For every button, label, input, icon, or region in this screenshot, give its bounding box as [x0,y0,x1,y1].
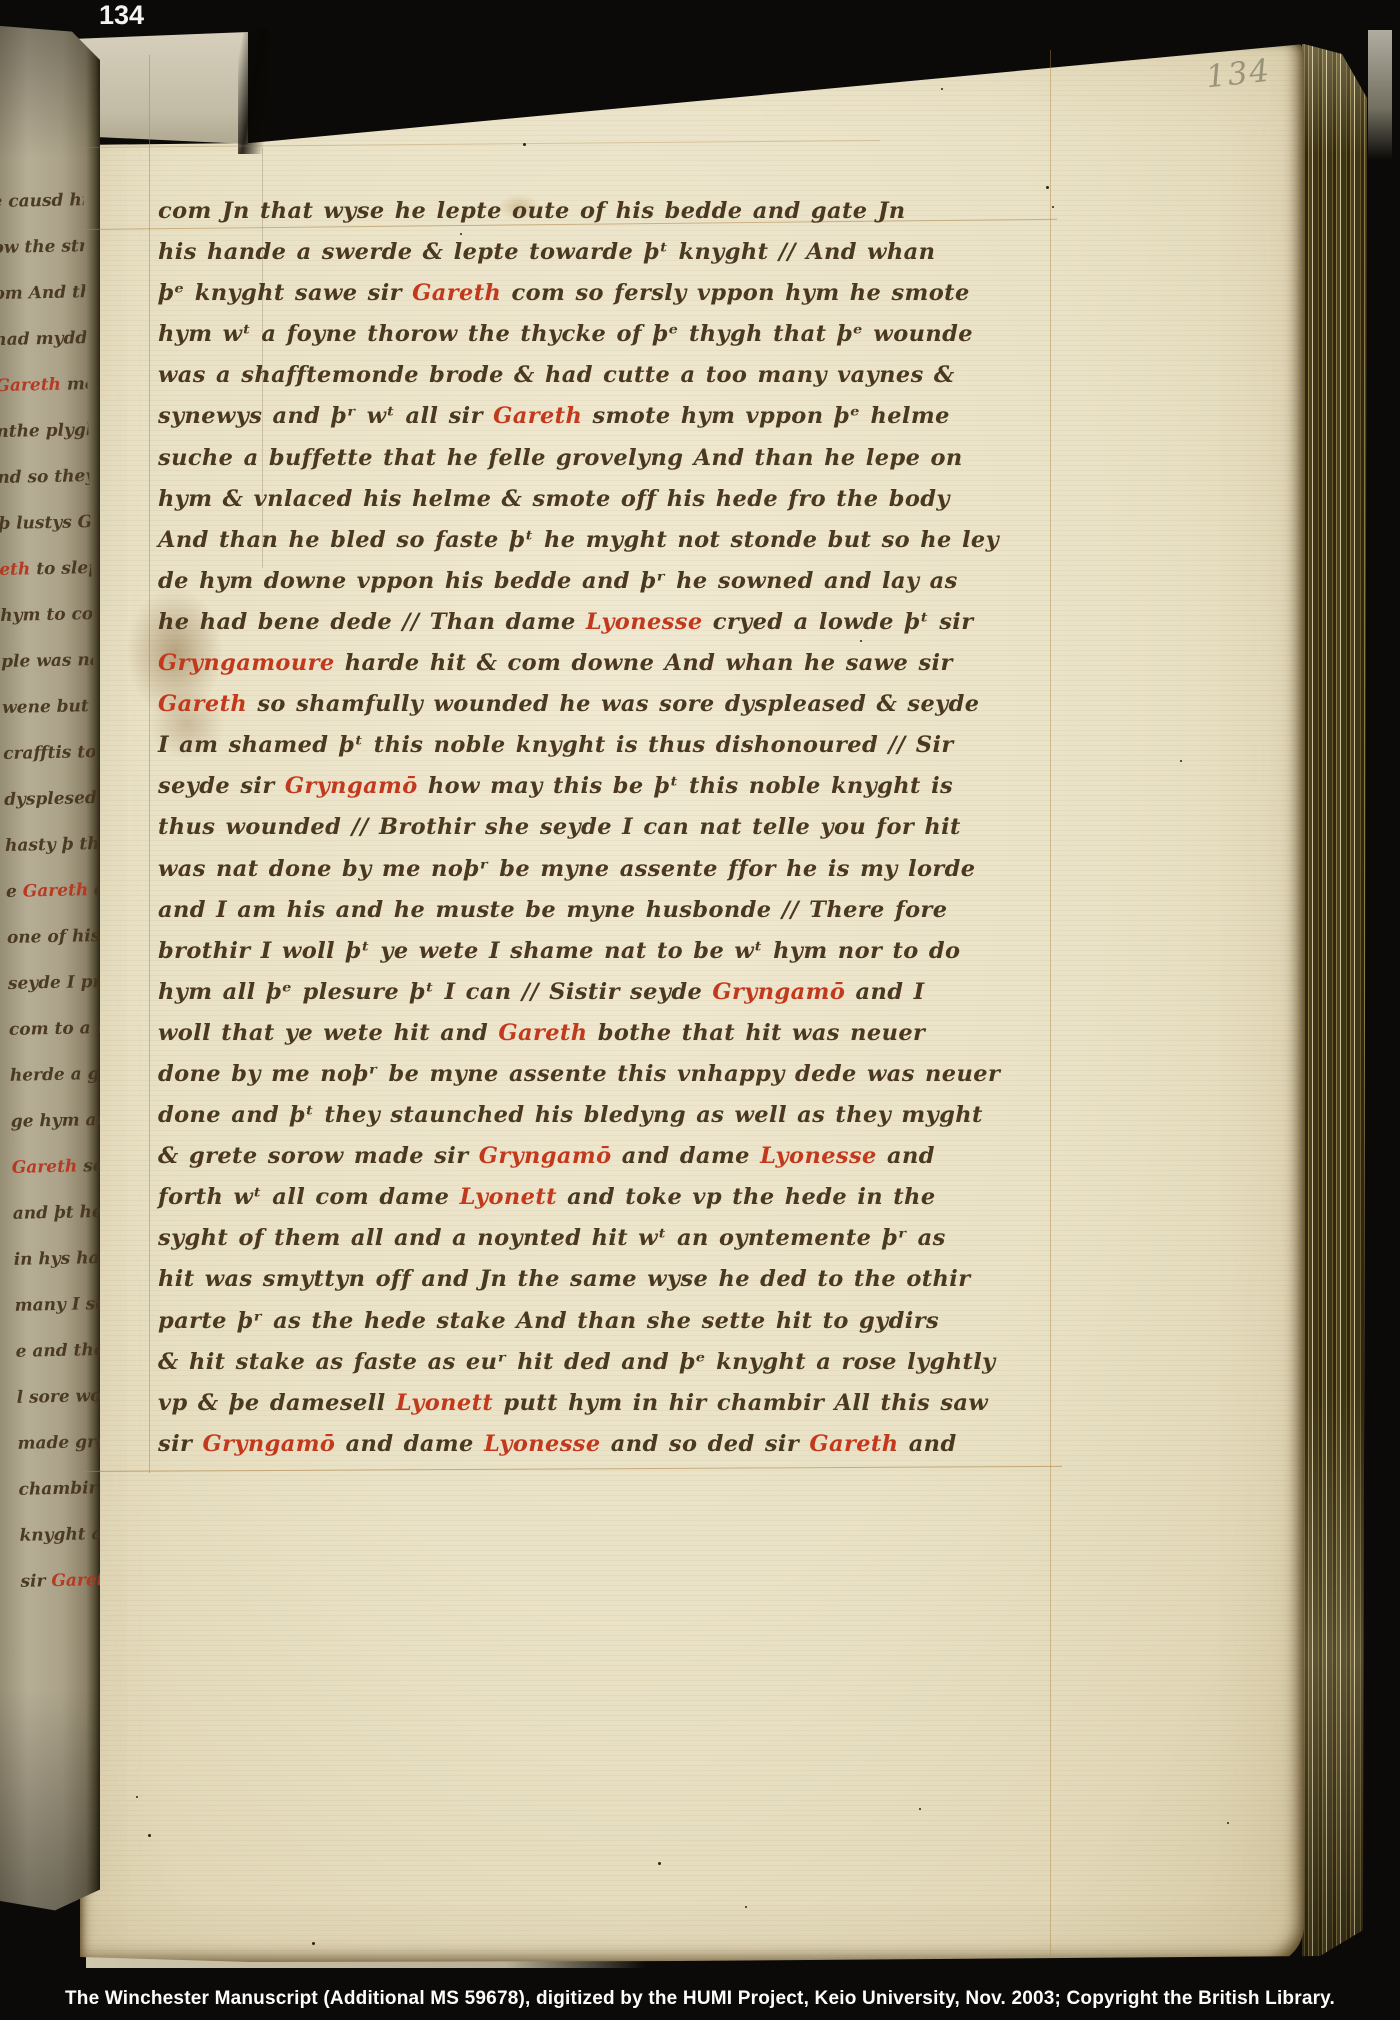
manuscript-line: forth wᵗ all com dame Lyonett and toke v… [158,1177,878,1218]
facing-page-line: Gareth seyde dam [11,1143,104,1191]
ink-text: And than he bled so faste þᵗ he myght no… [158,527,999,553]
ink-text: done and þᵗ they staunched his bledyng a… [158,1102,983,1128]
ink-text: e causd hir broþ to [0,188,84,212]
rubricated-name: Gareth [158,691,247,717]
facing-page-line: crafftis to form h [3,729,96,777]
ink-text: I am shamed þᵗ this noble knyght is thus… [158,732,954,758]
ink-text: com to a grete no [9,1016,102,1040]
ink-text: hym wᵗ a foyne thorow the thycke of þᵉ t… [158,321,973,347]
rubricated-name: Gryngamō [479,1143,612,1169]
manuscript-line: thus wounded ∕∕ Brothir she seyde I can … [158,807,878,848]
ink-text: one of his howse [7,925,100,948]
ink-text: dysplesed & the th [4,786,97,810]
facing-page-line: ow the strayne wh [0,223,85,271]
rubricated-name: Lyonesse [586,609,703,635]
manuscript-line: he had bene dede ∕∕ Than dame Lyonesse c… [158,602,878,643]
ink-text: e and the knyght [15,1338,108,1361]
facing-page-line: þ lustys Garethe [0,499,91,547]
rubricated-name: Gryngamoure [158,650,335,676]
ink-text: and I [845,979,924,1005]
manuscript-line: his hande a swerde & lepte towarde þᵗ kn… [158,232,878,273]
facing-page-line: eth to slepe in wo [0,545,92,593]
ink-text: forth wᵗ all com dame [158,1184,460,1210]
foxing-speck [941,88,943,90]
facing-page-line: herde a grete noy [9,1051,102,1099]
rubricated-name: Gareth [412,280,501,306]
facing-page-line: knyght and seyd [19,1511,112,1559]
facing-page-line: ge hym and wᵗ hy [10,1097,103,1145]
manuscript-line: þᵉ knyght sawe sir Gareth com so fersly … [158,273,878,314]
manuscript-line: Gareth so shamfully wounded he was sore … [158,684,878,725]
manuscript-line: syght of them all and a noynted hit wᵗ a… [158,1218,878,1259]
ink-text: done by me noþʳ be myne assente this vnh… [158,1061,1000,1087]
ink-text: and [898,1431,956,1457]
ink-text: l sore wounded S [16,1384,109,1407]
facing-page-line: ple was nat so pry [1,637,94,685]
facing-page-line: hym to com to his [0,591,93,639]
caption-bar: The Winchester Manuscript (Additional MS… [0,1980,1400,2020]
ink-text: smote hym vppon þᵉ helme [582,403,950,429]
facing-page-line: chambir and the [18,1465,111,1513]
ink-text: many I seyde he [14,1293,107,1316]
facing-page-text: e causd hir broþ toow the strayne whom A… [0,177,113,1605]
ink-text: sir [20,1571,51,1592]
ink-text: brothir I woll þᵗ ye wete I shame nat to… [158,938,960,964]
ink-text: hit was smyttyn off and Jn the same wyse… [158,1266,971,1292]
ruling-line-left-margin [149,55,150,1473]
facing-page-edge: e causd hir broþ toow the strayne whom A… [0,26,100,1916]
ink-text: woll that ye wete hit and [158,1020,498,1046]
facing-page-corner [78,32,248,144]
ink-text: knyght and seyd [19,1523,112,1546]
ink-text: he had bene dede ∕∕ Than dame [158,609,586,635]
ink-text: herde a grete noy [10,1062,103,1086]
foxing-speck [1180,760,1182,762]
ink-text: om And than she h [0,280,86,304]
facing-page-line: made grete sorow [17,1419,110,1467]
ink-text: hym to com to his [0,602,93,626]
ink-text: hym & vnlaced his helme & smote off his … [158,486,950,512]
rubricated-name: Gryngamō [712,979,845,1005]
foxing-speck [523,143,526,146]
ink-text: and toke vp the hede in the [557,1184,936,1210]
manuscript-line: hym wᵗ a foyne thorow the thycke of þᵉ t… [158,314,878,355]
manuscript-line: was a shafftemonde brode & had cutte a t… [158,355,878,396]
rubricated-name: Lyonett [396,1390,493,1416]
ink-text: com Jn that wyse he lepte oute of his be… [158,198,906,224]
rubricated-name: Lyonett [460,1184,557,1210]
ink-text: was nat done by me noþʳ be myne assente … [158,856,975,882]
ink-text: seyde sir [158,773,285,799]
manuscript-line: And than he bled so faste þᵗ he myght no… [158,520,878,561]
ink-text: sir [158,1431,203,1457]
ink-text: crafftis to form h [3,741,96,764]
manuscript-line: and I am his and he muste be myne husbon… [158,890,878,931]
manuscript-line: de hym downe vppon his bedde and þʳ he s… [158,561,878,602]
manuscript-line: & hit stake as faste as euʳ hit ded and … [158,1342,878,1383]
ink-text: nthe plyght of wh [0,419,89,442]
ink-text: cryed a lowde þᵗ sir [703,609,974,635]
caption-text: The Winchester Manuscript (Additional MS… [65,1988,1335,2009]
facing-page-line: had myddyn wᵗ hym [0,315,87,363]
manuscript-line: done by me noþʳ be myne assente this vnh… [158,1054,878,1095]
facing-page-line: e causd hir broþ to [0,177,84,225]
facing-page-line: sir Gareth and h [20,1557,113,1605]
rubricated-name: Gryngamō [285,773,418,799]
facing-page-line: and þt he was war [12,1189,105,1237]
facing-page-line: many I seyde he [14,1281,107,1329]
ink-text: how may this be þᵗ this noble knyght is [418,773,953,799]
ink-text: e [6,882,23,902]
ink-text: and dame [335,1431,484,1457]
ruling-line-right-margin [1050,50,1051,1955]
ink-text: ge hym and wᵗ hy [11,1108,104,1131]
ink-text: syght of them all and a noynted hit wᵗ a… [158,1225,946,1251]
manuscript-line: brothir I woll þᵗ ye wete I shame nat to… [158,931,878,972]
facing-page-line: e and the knyght [15,1327,108,1375]
manuscript-line: com Jn that wyse he lepte oute of his be… [158,191,878,232]
manuscript-line: seyde sir Gryngamō how may this be þᵗ th… [158,766,878,807]
rubricated-name: Gareth [493,403,582,429]
folio-number-pencil: 134 [1204,53,1273,96]
facing-page-line: om And than she h [0,269,86,317]
manuscript-line: I am shamed þᵗ this noble knyght is thus… [158,725,878,766]
ink-text: so shamfully wounded he was sore dysplea… [247,691,979,717]
manuscript-line: vp & þe damesell Lyonett putt hym in hir… [158,1383,878,1424]
foxing-speck [745,1906,747,1908]
manuscript-line: parte þʳ as the hede stake And than she … [158,1301,878,1342]
ink-text: more tha [61,373,88,395]
ink-text: & grete sorow made sir [158,1143,479,1169]
manuscript-line: was nat done by me noþʳ be myne assente … [158,849,878,890]
ink-text: vp & þe damesell [158,1390,396,1416]
foxing-speck [136,1796,138,1798]
ink-text: wene but yonge l [2,695,95,718]
manuscript-line: hym all þᵉ plesure þᵗ I can ∕∕ Sistir se… [158,972,878,1013]
book-fore-edge [1302,40,1368,1965]
manuscript-line: synewys and þʳ wᵗ all sir Gareth smote h… [158,396,878,437]
ink-text: to slepe in wo [30,557,92,580]
ink-text: nd so they brake bo [0,464,90,488]
gutter-shadow [238,28,268,154]
ink-text: ow the strayne wh [0,235,85,259]
ink-text: in hys hande and [14,1246,107,1269]
facing-page-line: wene but yonge l [2,683,95,731]
ink-text: seyde I pray you t [8,970,101,994]
rubricated-name: Gareth [809,1431,898,1457]
ink-text: hasty þ the myght [5,832,98,856]
ink-text: harde hit & com downe And whan he sawe s… [335,650,953,676]
manuscript-text-block: com Jn that wyse he lepte oute of his be… [158,191,878,1465]
facing-page-line: Gareth more tha [0,361,88,409]
ink-text: & hit stake as faste as euʳ hit ded and … [158,1349,996,1375]
foxing-speck [148,1834,151,1837]
ink-text: his hande a swerde & lepte towarde þᵗ kn… [158,239,935,265]
rubricated-name: Gareth [0,375,61,396]
facing-page-line: com to a grete no [8,1005,101,1053]
manuscript-line: hym & vnlaced his helme & smote off his … [158,479,878,520]
facing-page-line: in hys hande and [13,1235,106,1283]
ink-text: thus wounded ∕∕ Brothir she seyde I can … [158,814,961,840]
rubricated-name: Gryngamō [203,1431,336,1457]
ink-text: þ lustys Garethe [0,511,91,534]
ink-text: ple was nat so pry [1,648,94,672]
ink-text: and so ded sir [601,1431,810,1457]
ink-text: parte þʳ as the hede stake And than she … [158,1308,939,1334]
foxing-speck [1227,1822,1229,1824]
ink-text: þᵉ knyght sawe sir [158,280,412,306]
ink-text: made grete sorow [17,1430,110,1454]
facing-page-line: hasty þ the myght [5,821,98,869]
ink-text: hym all þᵉ plesure þᵗ I can ∕∕ Sistir se… [158,979,712,1005]
photo-label: 134 [99,0,144,31]
manuscript-line: hit was smyttyn off and Jn the same wyse… [158,1259,878,1300]
ink-text: com so fersly vppon hym he smote [501,280,969,306]
foxing-speck [1052,206,1054,208]
ink-text: was a shafftemonde brode & had cutte a t… [158,362,955,388]
facing-page-line: dysplesed & the th [4,775,97,823]
ink-text: and I am his and he muste be myne husbon… [158,897,947,923]
manuscript-line: done and þᵗ they staunched his bledyng a… [158,1095,878,1136]
facing-page-line: one of his howse [6,913,99,961]
ink-text: de hym downe vppon his bedde and þʳ he s… [158,568,958,594]
ink-text: suche a buffette that he felle grovelyng… [158,445,963,471]
rubricated-name: Lyonesse [760,1143,877,1169]
manuscript-line: & grete sorow made sir Gryngamō and dame… [158,1136,878,1177]
foxing-speck [312,1942,315,1945]
ink-text: and [877,1143,935,1169]
rubricated-name: Gareth [498,1020,587,1046]
facing-page-line: nd so they brake bo [0,453,90,501]
ink-text: putt hym in hir chambir All this saw [493,1390,988,1416]
ink-text: dud he [88,879,98,900]
rubricated-name: Lyonesse [484,1431,601,1457]
ink-text: and þt he was war [13,1200,106,1224]
rubricated-name: Gareth [12,1157,78,1178]
facing-page-line: l sore wounded S [16,1373,109,1421]
rubricated-name: eth [0,559,31,580]
manuscript-line: suche a buffette that he felle grovelyng… [158,438,878,479]
ink-text: bothe that hit was neuer [587,1020,925,1046]
foxing-speck [658,1862,661,1865]
manuscript-line: woll that ye wete hit and Gareth bothe t… [158,1013,878,1054]
ink-text: synewys and þʳ wᵗ all sir [158,403,493,429]
facing-page-line: nthe plyght of wh [0,407,89,455]
manuscript-line: Gryngamoure harde hit & com downe And wh… [158,643,878,684]
rubricated-name: Gareth [23,880,89,901]
facing-page-line: e Gareth dud he [6,867,99,915]
page-corner-glint [1368,30,1392,160]
ink-text: chambir and the [18,1477,111,1500]
foxing-speck [1046,186,1049,189]
foxing-speck [919,1808,921,1810]
manuscript-line: sir Gryngamō and dame Lyonesse and so de… [158,1424,878,1465]
ink-text: had myddyn wᵗ hym [0,326,87,350]
facing-page-line: seyde I pray you t [7,959,100,1007]
manuscript-photo: e causd hir broþ toow the strayne whom A… [0,0,1400,2020]
ink-text: and dame [612,1143,761,1169]
